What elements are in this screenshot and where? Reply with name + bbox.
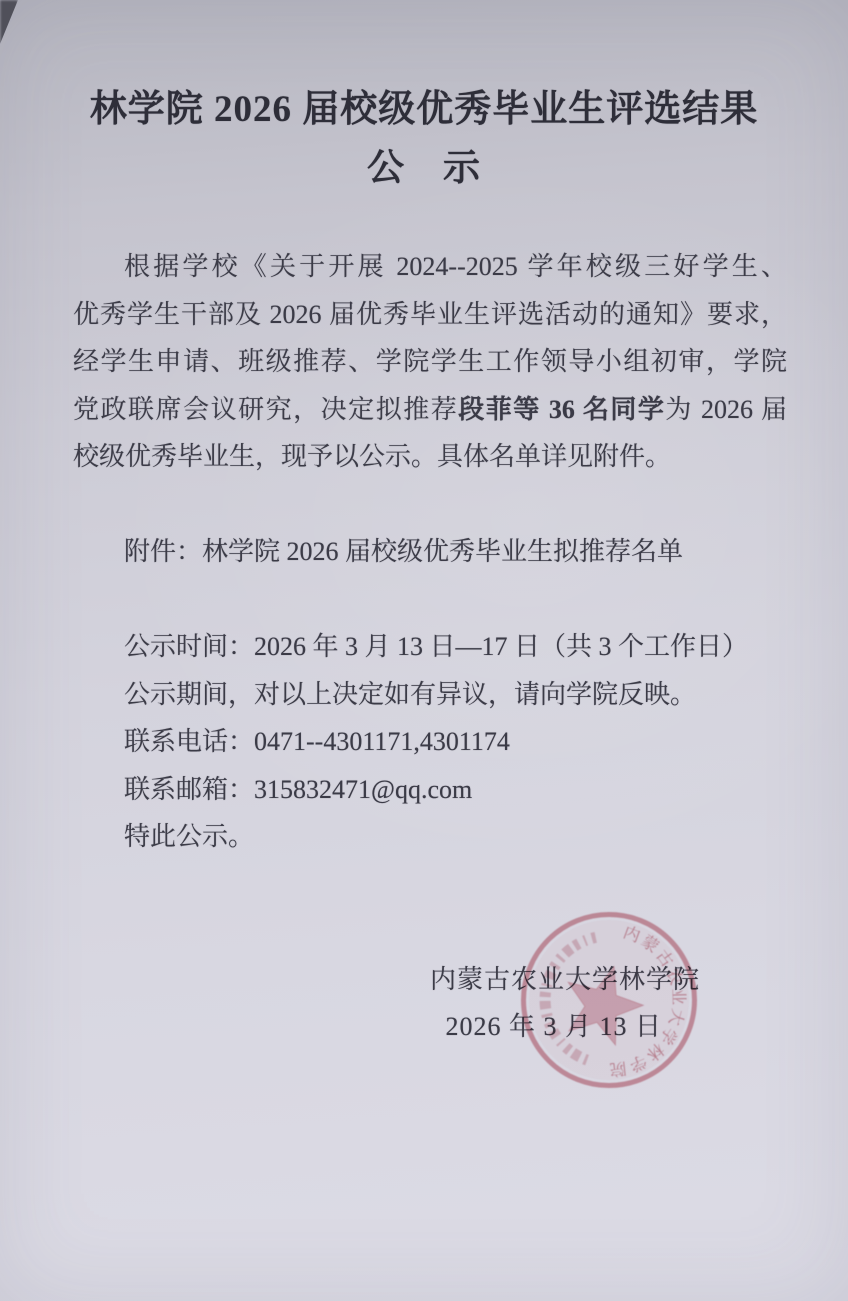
paragraph-line: 校级优秀毕业生，现予以公示。具体名单详见附件。 — [73, 433, 787, 481]
paragraph-text: 党政联席会议研究，决定拟推荐 — [73, 395, 458, 424]
paragraph-line: 党政联席会议研究，决定拟推荐段菲等 36 名同学为 2026 届 — [73, 386, 787, 434]
page-title: 林学院 2026 届校级优秀毕业生评选结果 — [0, 84, 848, 136]
notice-time-line: 公示时间：2026 年 3 月 13 日—17 日（共 3 个工作日） — [73, 623, 787, 671]
attachment-line: 附件：林学院 2026 届校级优秀毕业生拟推荐名单 — [73, 528, 787, 576]
paper: { "document": { "title": { "line1": "林学院… — [0, 0, 848, 1301]
page-subtitle: 公 示 — [0, 143, 848, 195]
official-seal: 内蒙古农业大学林学院 — [519, 910, 699, 1090]
closing-line: 特此公示。 — [73, 813, 787, 861]
contact-phone-line: 联系电话：0471--4301171,4301174 — [73, 718, 787, 766]
paragraph-line: 优秀学生干部及 2026 届优秀毕业生评选活动的通知》要求， — [73, 291, 787, 339]
paragraph-line: 经学生申请、班级推荐、学院学生工作领导小组初审，学院 — [73, 338, 787, 386]
highlighted-names: 段菲等 36 名同学 — [458, 395, 665, 424]
blank-line — [73, 861, 787, 909]
blank-line — [73, 481, 787, 529]
contact-email-line: 联系邮箱：315832471@qq.com — [73, 766, 787, 814]
notice-objection-line: 公示期间，对以上决定如有异议，请向学院反映。 — [73, 671, 787, 719]
blank-line — [73, 576, 787, 624]
paragraph-text: 为 2026 届 — [665, 395, 787, 424]
photo-dark-corner — [0, 0, 18, 44]
paragraph-line: 根据学校《关于开展 2024--2025 学年校级三好学生、 — [73, 243, 787, 291]
